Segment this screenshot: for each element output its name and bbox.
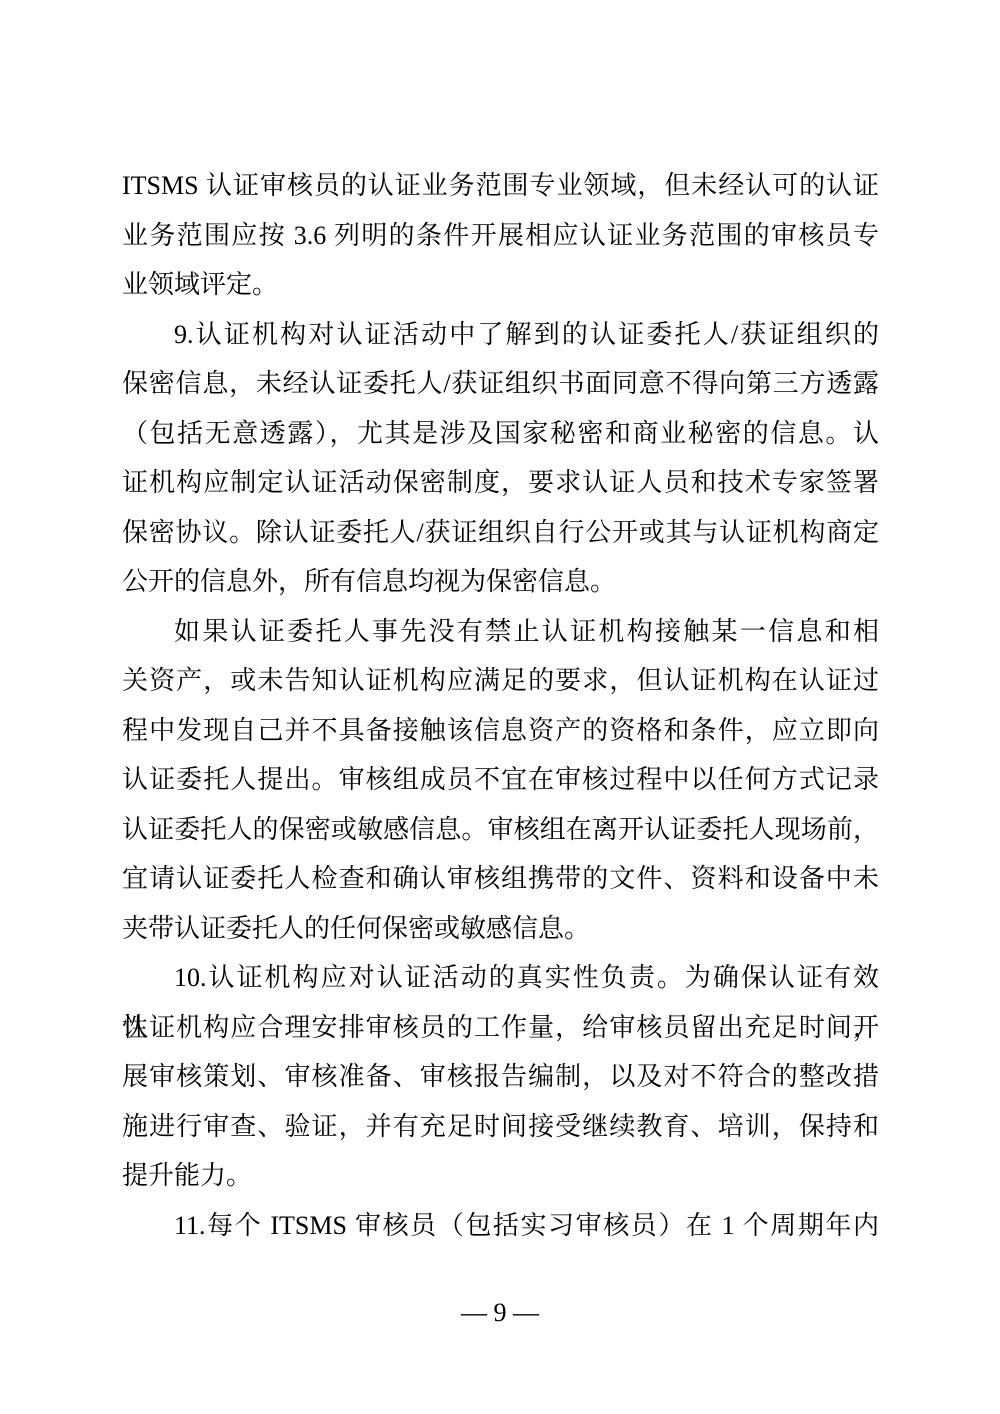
text-line: 认证机构应合理安排审核员的工作量，给审核员留出充足时间开 [122,1003,879,1053]
text-line: 业务范围应按 3.6 列明的条件开展相应认证业务范围的审核员专 [122,211,879,261]
text-line: 保密协议。除认证委托人/获证组织自行公开或其与认证机构商定 [122,508,879,558]
text-line: （包括无意透露），尤其是涉及国家秘密和商业秘密的信息。认 [122,409,879,459]
text-line: 认证委托人提出。审核组成员不宜在审核过程中以任何方式记录 [122,755,879,805]
text-line: 认证委托人的保密或敏感信息。审核组在离开认证委托人现场前， [122,805,879,855]
text-line: ITSMS 认证审核员的认证业务范围专业领域，但未经认可的认证 [122,161,879,211]
text-line: 施进行审查、验证，并有充足时间接受继续教育、培训，保持和 [122,1102,879,1152]
text-line: 证机构应制定认证活动保密制度，要求认证人员和技术专家签署 [122,458,879,508]
text-line: 关资产，或未告知认证机构应满足的要求，但认证机构在认证过 [122,656,879,706]
text-line: 11.每个 ITSMS 审核员（包括实习审核员）在 1 个周期年内 [122,1201,879,1251]
text-line: 10.认证机构应对认证活动的真实性负责。为确保认证有效性， [122,953,879,1003]
text-line: 提升能力。 [122,1151,879,1201]
text-line: 展审核策划、审核准备、审核报告编制，以及对不符合的整改措 [122,1052,879,1102]
text-line: 宜请认证委托人检查和确认审核组携带的文件、资料和设备中未 [122,854,879,904]
text-line: 夹带认证委托人的任何保密或敏感信息。 [122,904,879,954]
document-page: ITSMS 认证审核员的认证业务范围专业领域，但未经认可的认证 业务范围应按 3… [0,0,1000,1414]
text-line: 如果认证委托人事先没有禁止认证机构接触某一信息和相 [122,607,879,657]
text-line: 9.认证机构对认证活动中了解到的认证委托人/获证组织的 [122,310,879,360]
text-line: 程中发现自己并不具备接触该信息资产的资格和条件，应立即向 [122,706,879,756]
text-line: 公开的信息外，所有信息均视为保密信息。 [122,557,879,607]
text-line: 保密信息，未经认证委托人/获证组织书面同意不得向第三方透露 [122,359,879,409]
page-number: — 9 — [0,1296,1000,1330]
text-line: 业领域评定。 [122,260,879,310]
document-body: ITSMS 认证审核员的认证业务范围专业领域，但未经认可的认证 业务范围应按 3… [122,161,879,1250]
